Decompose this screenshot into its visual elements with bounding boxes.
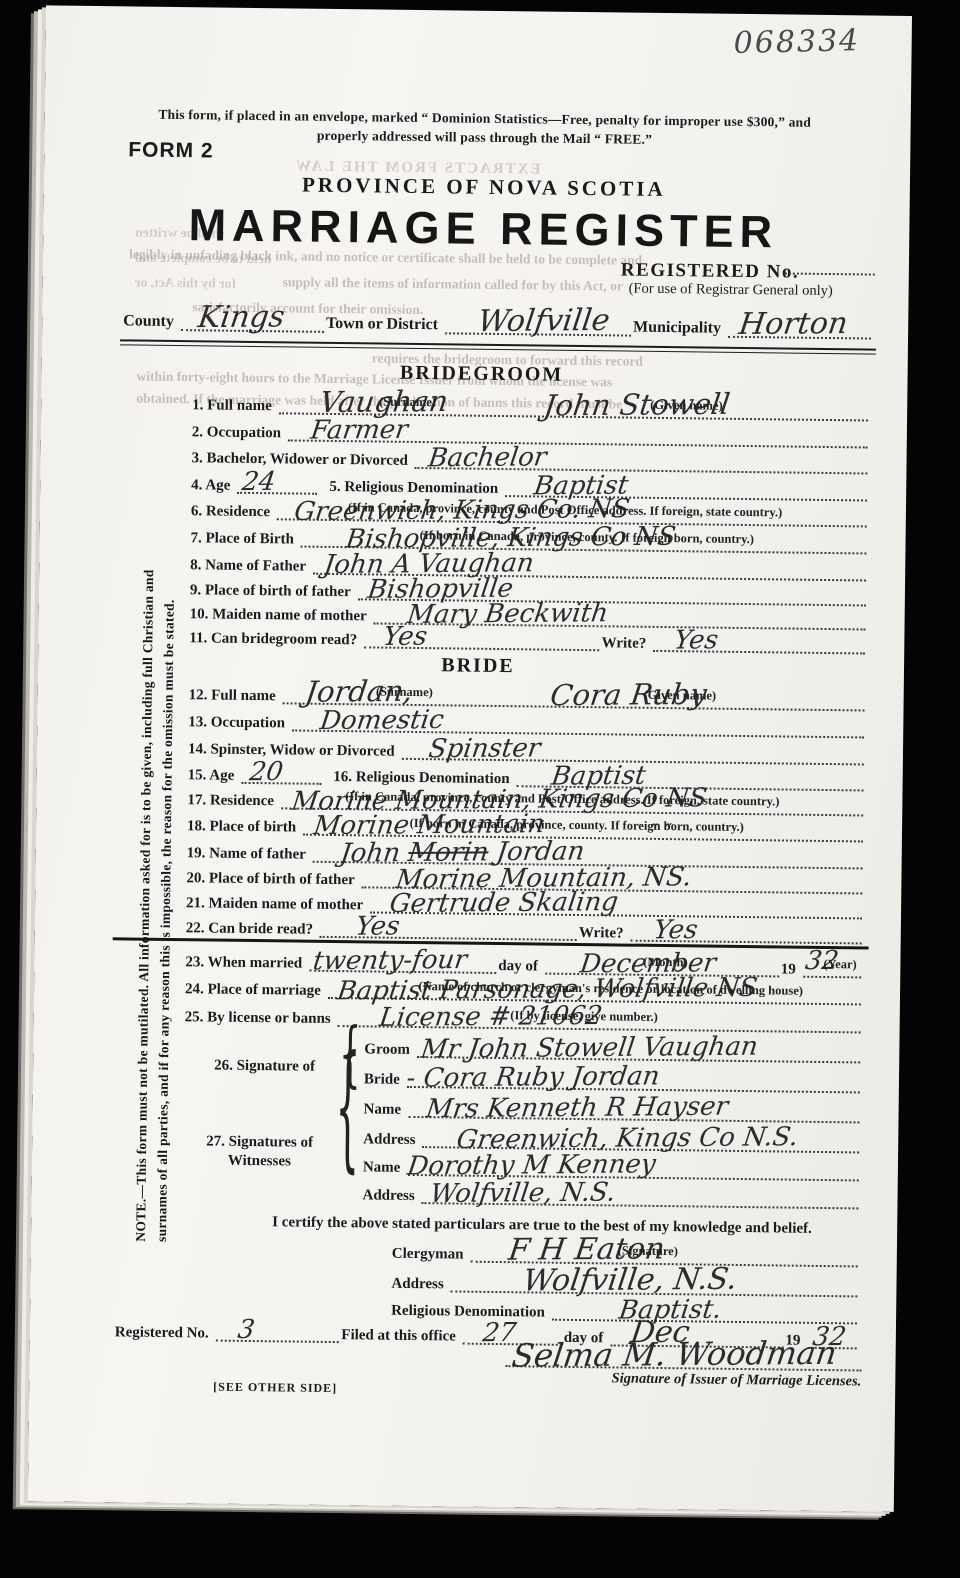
- scanned-marriage-register-page: 068334 EXTRACTS FROM THE LAW shall be wr…: [28, 5, 912, 1511]
- filed-at-office-label: Filed at this office: [341, 1327, 461, 1345]
- bride-status-value: Spinster: [428, 735, 543, 762]
- filing-registered-no-value: 3: [236, 1317, 256, 1343]
- clergyman-denomination-line: Baptist.: [552, 1297, 858, 1325]
- groom-age-label: 4. Age: [191, 477, 235, 494]
- witnesses-label-line2: Witnesses: [206, 1151, 313, 1171]
- filing-registered-no-line: 3: [216, 1318, 340, 1344]
- year-prefix: 19: [781, 961, 801, 978]
- license-or-banns-label: 25. By license or banns: [185, 1009, 336, 1027]
- bride-birthplace-label: 18. Place of birth: [187, 818, 301, 836]
- municipality-label: Municipality: [633, 319, 726, 338]
- witnesses-label-line1: 27. Signatures of: [206, 1132, 313, 1152]
- year-line: 32 (Year): [803, 954, 862, 979]
- witness2-name-line: Dorothy M Kenney: [407, 1152, 859, 1182]
- see-other-side-note: [SEE OTHER SIDE]: [213, 1380, 337, 1397]
- groom-can-read-value: Yes: [381, 624, 428, 650]
- page-title: MARRIAGE REGISTER: [103, 198, 864, 259]
- witness1-name-value: Mrs Kenneth R Hayser: [424, 1094, 729, 1123]
- bride-mother-label: 21. Maiden name of mother: [186, 895, 368, 914]
- witnesses-label: 27. Signatures of Witnesses: [206, 1132, 313, 1171]
- groom-can-read-line: Yes: [364, 624, 600, 651]
- county-value: Kings: [196, 302, 286, 333]
- groom-can-write-value: Yes: [673, 627, 720, 653]
- bride-can-read-line: Yes: [320, 914, 577, 941]
- groom-signature-value: Mr John Stowell Vaughan: [419, 1034, 759, 1063]
- witness2-address-value: Wolfville, N.S.: [429, 1180, 618, 1208]
- bride-occupation-value: Domestic: [319, 707, 446, 734]
- bride-age-label: 15. Age: [188, 767, 240, 784]
- town-district-label: Town or District: [326, 315, 443, 334]
- when-married-day-value: twenty-four: [311, 947, 468, 974]
- municipality-value: Horton: [737, 309, 849, 340]
- bride-can-read-value: Yes: [354, 913, 401, 939]
- when-married-day-line: twenty-four: [309, 948, 496, 974]
- groom-birthplace-label: 7. Place of Birth: [190, 530, 299, 548]
- surname-hint: (Surname): [376, 685, 433, 701]
- form-number-label: FORM 2: [128, 138, 214, 163]
- bride-age-value: 20: [248, 759, 285, 785]
- clergyman-denomination-label: Religious Denomination: [391, 1302, 550, 1320]
- bride-mother-value: Gertrude Skaling: [388, 889, 620, 917]
- given-name-hint: (Given name): [650, 398, 723, 414]
- groom-occupation-label: 2. Occupation: [192, 424, 286, 442]
- bride-signature-label: Bride: [364, 1071, 405, 1088]
- clergyman-signature-hint: (Signature): [618, 1243, 678, 1259]
- town-district-line: Wolfville: [445, 310, 631, 336]
- town-district-value: Wolfville: [476, 306, 611, 337]
- registrar-general-note: (For use of Registrar General only): [629, 281, 833, 300]
- issuer-signature-value: Selma M. Woodman: [510, 1334, 840, 1375]
- groom-signature-label: Groom: [364, 1041, 415, 1058]
- bride-can-write-line: Yes: [630, 918, 861, 945]
- groom-occupation-value: Farmer: [309, 417, 409, 444]
- groom-full-name-label: 1. Full name: [192, 397, 277, 415]
- surname-hint: (Surname): [379, 395, 436, 411]
- bridegroom-section-title: BRIDEGROOM: [101, 358, 861, 390]
- bride-can-write-label: Write?: [579, 924, 629, 941]
- groom-status-label: 3. Bachelor, Widower or Divorced: [191, 450, 413, 469]
- bride-father-value: John Morin Jordan: [338, 839, 585, 867]
- county-label: County: [123, 313, 179, 331]
- bride-status-label: 14. Spinster, Widow or Divorced: [188, 741, 400, 760]
- groom-signature-line: Mr John Stowell Vaughan: [417, 1034, 861, 1063]
- place-of-marriage-label: 24. Place of marriage: [185, 981, 326, 999]
- bride-can-write-value: Yes: [652, 917, 699, 943]
- when-married-label: 23. When married: [185, 954, 307, 972]
- witness2-name-value: Dorothy M Kenney: [405, 1151, 656, 1179]
- bride-full-name-label: 12. Full name: [189, 687, 281, 705]
- groom-status-value: Bachelor: [427, 444, 548, 471]
- clergyman-label: Clergyman: [392, 1245, 469, 1262]
- bride-can-read-label: 22. Can bride read?: [186, 920, 318, 938]
- year-hint: (Year): [823, 957, 857, 972]
- issuer-signature-caption: Signature of Issuer of Marriage Licenses…: [505, 1369, 861, 1390]
- bride-section-title: BRIDE: [98, 650, 858, 682]
- signature-of-label: 26. Signature of: [214, 1058, 315, 1076]
- bleedthrough-faint-text: supply all the items of information call…: [283, 274, 623, 294]
- license-line: License # 21062 (If by license, give num…: [338, 1003, 861, 1033]
- bleedthrough-mirrored-text: for by this Act, or: [135, 275, 237, 292]
- groom-age-value: 24: [240, 469, 277, 495]
- bride-occupation-label: 13. Occupation: [188, 714, 290, 732]
- county-line: Kings: [181, 307, 324, 333]
- bride-residence-label: 17. Residence: [187, 792, 279, 810]
- groom-residence-label: 6. Residence: [191, 503, 275, 521]
- municipality-line: Horton: [728, 314, 871, 340]
- witness2-address-label: Address: [362, 1187, 419, 1204]
- witness2-name-label: Name: [363, 1159, 406, 1176]
- groom-religion-label: 5. Religious Denomination: [319, 478, 503, 497]
- margin-note-vertical: NOTE.—This form must not be mutilated. A…: [131, 542, 181, 1242]
- clergyman-address-value: Wolfville, N.S.: [522, 1265, 740, 1297]
- bride-age-line: 20: [241, 760, 321, 785]
- groom-can-read-label: 11. Can bridegroom read?: [189, 630, 362, 649]
- filing-registered-no-label: Registered No.: [115, 1324, 214, 1342]
- witness1-name-label: Name: [364, 1101, 407, 1118]
- witness1-address-label: Address: [363, 1131, 420, 1148]
- bride-signature-line: - Cora Ruby Jordan: [407, 1064, 860, 1094]
- bride-father-birthplace-label: 20. Place of birth of father: [186, 870, 359, 889]
- given-name-hint: (Given name): [643, 688, 716, 704]
- groom-can-write-line: Yes: [653, 628, 865, 655]
- issuer-signature-line: Selma M. Woodman: [505, 1333, 861, 1371]
- license-hint: (If by license, give number.): [510, 1008, 658, 1025]
- day-of-label: day of: [498, 958, 543, 975]
- archive-number-handwritten: 068334: [733, 23, 860, 61]
- month-hint: (Month): [643, 955, 688, 971]
- clergyman-address-line: Wolfville, N.S.: [451, 1268, 858, 1297]
- groom-father-birthplace-label: 9. Place of birth of father: [190, 582, 356, 601]
- bride-signature-value: - Cora Ruby Jordan: [405, 1063, 661, 1091]
- groom-mother-value: Mary Beckwith: [406, 600, 610, 628]
- groom-age-line: 24: [237, 470, 317, 495]
- clergyman-address-label: Address: [391, 1275, 448, 1292]
- brace-witnesses: {: [335, 1027, 361, 1186]
- witness1-name-line: Mrs Kenneth R Hayser: [408, 1094, 860, 1124]
- groom-can-write-label: Write?: [602, 635, 652, 652]
- witness2-address-line: Wolfville, N.S.: [422, 1180, 859, 1209]
- groom-status-line: Bachelor: [415, 445, 868, 475]
- groom-father-label: 8. Name of Father: [190, 557, 311, 575]
- bride-occupation-line: Domestic: [292, 707, 865, 738]
- bride-father-label: 19. Name of father: [187, 845, 311, 863]
